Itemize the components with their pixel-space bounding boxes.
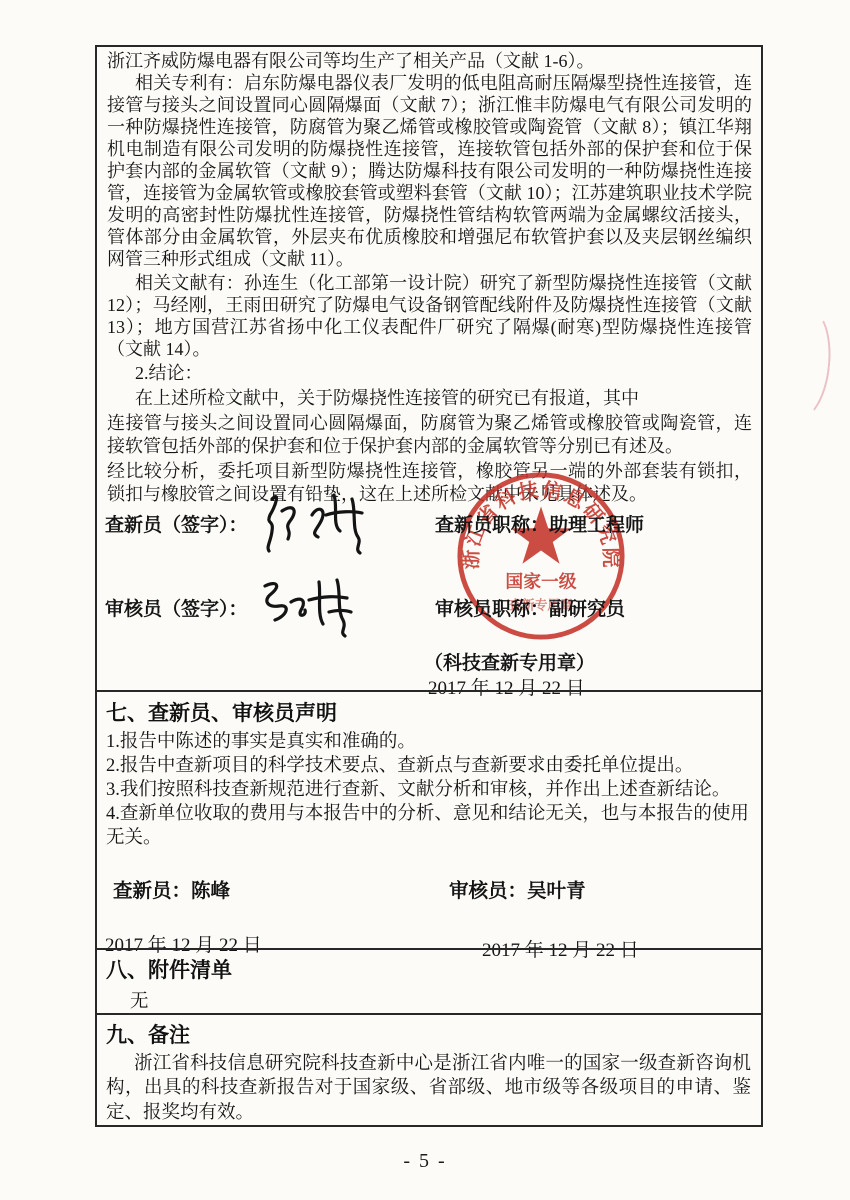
declaration-reviewer-name: 审核员：吴叶青 [449,875,586,903]
conclusion-intro: 在上述所检文献中，关于防爆挠性连接管的研究已有报道，其中 [107,387,752,410]
declaration-checker-name: 查新员：陈峰 [113,875,230,903]
section-attachments: 八、附件清单 无 [97,948,761,1013]
checker-title: 查新员职称：助理工程师 [435,510,644,537]
report-frame: 浙江齐威防爆电器有限公司等均生产了相关产品（文献 1-6）。 相关专利有：启东防… [95,45,763,1127]
section-search-result: 浙江齐威防爆电器有限公司等均生产了相关产品（文献 1-6）。 相关专利有：启东防… [97,47,761,690]
declaration-item-3: 3.我们按照科技查新规范进行查新、文献分析和审核，并作出上述查新结论。 [106,778,751,802]
section-declaration: 七、查新员、审核员声明 1.报告中陈述的事实是真实和准确的。 2.报告中查新项目… [97,690,761,948]
declaration-heading: 七、查新员、审核员声明 [106,697,751,727]
reviewer-signature [257,572,362,645]
stamp-bleed-mark [772,306,835,423]
remarks-heading: 九、备注 [106,1019,751,1049]
conclusion-paragraph-2: 经比较分析，委托项目新型防爆挠性连接管，橡胶管另一端的外部套装有锁扣，锁扣与橡胶… [107,460,752,506]
attachments-heading: 八、附件清单 [106,954,751,984]
declaration-item-1: 1.报告中陈述的事实是真实和准确的。 [106,730,751,754]
page-number: - 5 - [0,1150,850,1173]
remarks-content: 浙江省科技信息研究院科技查新中心是浙江省内唯一的国家一级查新咨询机构，出具的科技… [106,1052,751,1126]
result-paragraph: 浙江齐威防爆电器有限公司等均生产了相关产品（文献 1-6）。 [107,50,752,72]
literature-paragraph: 相关文献有：孙连生（化工部第一设计院）研究了新型防爆挠性连接管（文献 12）；马… [107,272,752,360]
scanned-report-page: 浙江省科技信息研究院 国家一级 查新专用章 浙江齐威防爆电器有限公司等均生产了相… [0,0,850,1200]
checker-sign-label: 查新员（签字）： [105,510,248,537]
declaration-item-4: 4.查新单位收取的费用与本报告中的分析、意见和结论无关，也与本报告的使用无关。 [106,802,751,850]
conclusion-heading: 2.结论： [107,362,752,385]
seal-note: （科技查新专用章） [424,648,595,675]
declaration-item-2: 2.报告中查新项目的科学技术要点、查新点与查新要求由委托单位提出。 [106,754,751,778]
section-remarks: 九、备注 浙江省科技信息研究院科技查新中心是浙江省内唯一的国家一级查新咨询机构，… [97,1013,761,1126]
attachments-content: 无 [130,987,751,1013]
checker-signature [260,485,375,568]
reviewer-title: 审核员职称：副研究员 [435,594,625,621]
reviewer-sign-label: 审核员（签字）： [105,594,248,621]
patents-paragraph: 相关专利有：启东防爆电器仪表厂发明的低电阻高耐压隔爆型挠性连接管，连接管与接头之… [107,72,752,270]
conclusion-paragraph-1: 连接管与接头之间设置同心圆隔爆面，防腐管为聚乙烯管或橡胶管或陶瓷管，连接软管包括… [107,412,752,458]
